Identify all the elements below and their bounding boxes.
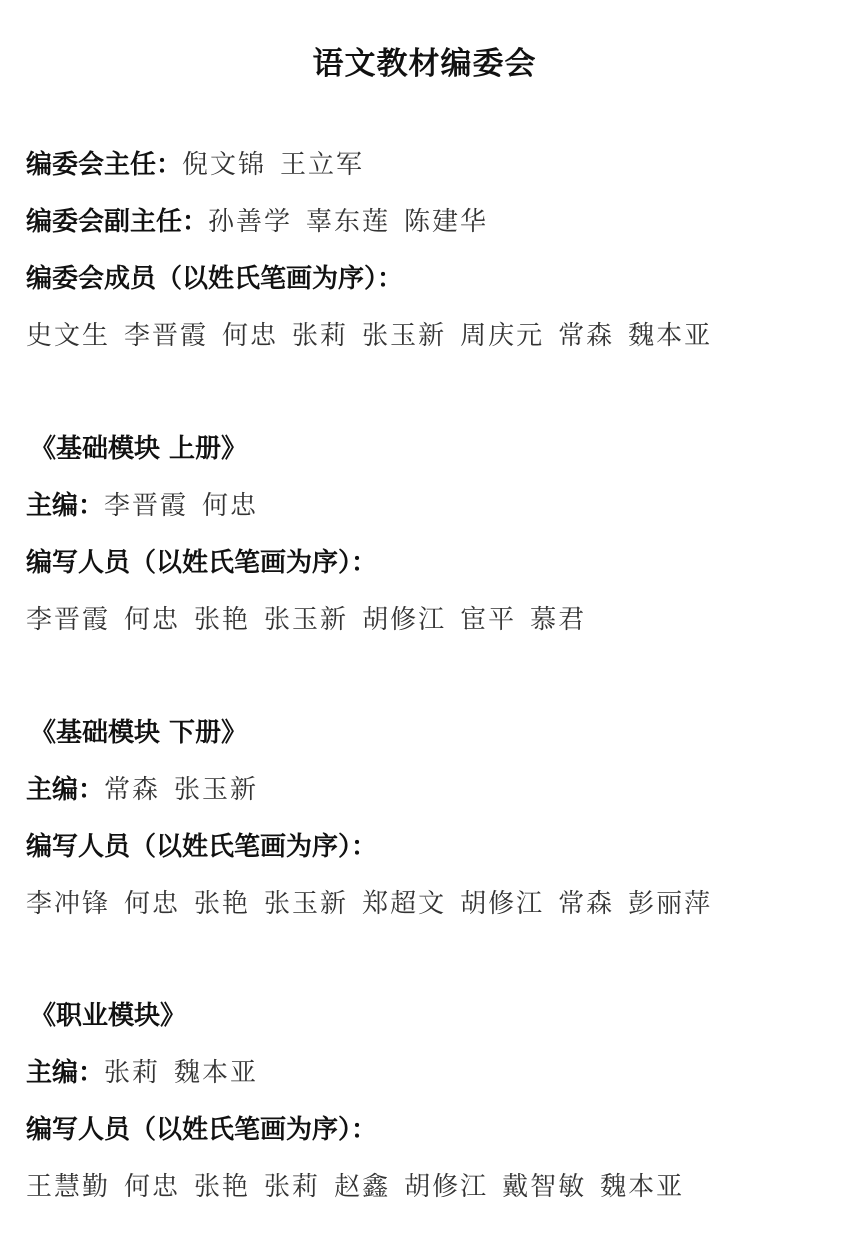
- chief-editors-line: 主编：张莉魏本亚: [26, 1056, 258, 1090]
- director-name: 王立军: [280, 150, 364, 180]
- committee-director-line: 编委会主任：倪文锦王立军: [26, 148, 364, 182]
- member-name: 魏本亚: [628, 321, 712, 351]
- section-heading: 《基础模块 下册》: [30, 716, 247, 750]
- writer-name: 魏本亚: [600, 1172, 684, 1202]
- writer-name: 宦平: [460, 605, 516, 635]
- writer-name: 李冲锋: [26, 889, 110, 919]
- writer-name: 王慧勤: [26, 1172, 110, 1202]
- chief-editor-name: 张莉: [104, 1058, 160, 1088]
- writers-label: 编写人员（以姓氏笔画为序）：: [26, 832, 377, 862]
- writer-name: 赵鑫: [334, 1172, 390, 1202]
- chief-editor-name: 常森: [104, 775, 160, 805]
- writer-name: 胡修江: [460, 889, 544, 919]
- writer-name: 张玉新: [264, 605, 348, 635]
- writer-name: 郑超文: [362, 889, 446, 919]
- chief-label: 主编：: [26, 1058, 104, 1088]
- writers-label-line: 编写人员（以姓氏笔画为序）：: [26, 830, 377, 864]
- writers-label: 编写人员（以姓氏笔画为序）：: [26, 1115, 377, 1145]
- writers-label-line: 编写人员（以姓氏笔画为序）：: [26, 546, 377, 580]
- member-name: 张玉新: [362, 321, 446, 351]
- section-heading: 《基础模块 上册》: [30, 432, 247, 466]
- director-name: 倪文锦: [182, 150, 266, 180]
- writer-name: 常森: [558, 889, 614, 919]
- writers-line: 李晋霞何忠张艳张玉新胡修江宦平慕君: [26, 603, 586, 637]
- committee-members-line: 史文生李晋霞何忠张莉张玉新周庆元常森魏本亚: [26, 319, 712, 353]
- deputy-name: 孙善学: [208, 207, 292, 237]
- member-name: 周庆元: [460, 321, 544, 351]
- document-title: 语文教材编委会: [0, 38, 849, 83]
- writer-name: 胡修江: [362, 605, 446, 635]
- chief-editor-name: 李晋霞: [104, 491, 188, 521]
- writer-name: 李晋霞: [26, 605, 110, 635]
- section-heading: 《职业模块》: [30, 999, 186, 1033]
- member-name: 史文生: [26, 321, 110, 351]
- committee-deputy-line: 编委会副主任：孙善学辜东莲陈建华: [26, 205, 488, 239]
- chief-label: 主编：: [26, 775, 104, 805]
- committee-members-label-line: 编委会成员（以姓氏笔画为序）：: [26, 262, 403, 296]
- writer-name: 胡修江: [404, 1172, 488, 1202]
- member-name: 李晋霞: [124, 321, 208, 351]
- chief-label: 主编：: [26, 491, 104, 521]
- writer-name: 何忠: [124, 605, 180, 635]
- chief-editors-line: 主编：常森张玉新: [26, 773, 258, 807]
- writer-name: 张艳: [194, 605, 250, 635]
- writers-line: 李冲锋何忠张艳张玉新郑超文胡修江常森彭丽萍: [26, 887, 712, 921]
- deputy-label: 编委会副主任：: [26, 207, 208, 237]
- writer-name: 张艳: [194, 889, 250, 919]
- deputy-name: 辜东莲: [306, 207, 390, 237]
- chief-editors-line: 主编：李晋霞何忠: [26, 489, 258, 523]
- members-label: 编委会成员（以姓氏笔画为序）：: [26, 264, 403, 294]
- chief-editor-name: 何忠: [202, 491, 258, 521]
- writer-name: 张艳: [194, 1172, 250, 1202]
- chief-editor-name: 张玉新: [174, 775, 258, 805]
- writer-name: 彭丽萍: [628, 889, 712, 919]
- writers-label-line: 编写人员（以姓氏笔画为序）：: [26, 1113, 377, 1147]
- member-name: 张莉: [292, 321, 348, 351]
- member-name: 常森: [558, 321, 614, 351]
- writer-name: 慕君: [530, 605, 586, 635]
- deputy-name: 陈建华: [404, 207, 488, 237]
- member-name: 何忠: [222, 321, 278, 351]
- writer-name: 戴智敏: [502, 1172, 586, 1202]
- writer-name: 张莉: [264, 1172, 320, 1202]
- writer-name: 张玉新: [264, 889, 348, 919]
- writer-name: 何忠: [124, 889, 180, 919]
- writers-line: 王慧勤何忠张艳张莉赵鑫胡修江戴智敏魏本亚: [26, 1170, 684, 1204]
- writer-name: 何忠: [124, 1172, 180, 1202]
- chief-editor-name: 魏本亚: [174, 1058, 258, 1088]
- writers-label: 编写人员（以姓氏笔画为序）：: [26, 548, 377, 578]
- director-label: 编委会主任：: [26, 150, 182, 180]
